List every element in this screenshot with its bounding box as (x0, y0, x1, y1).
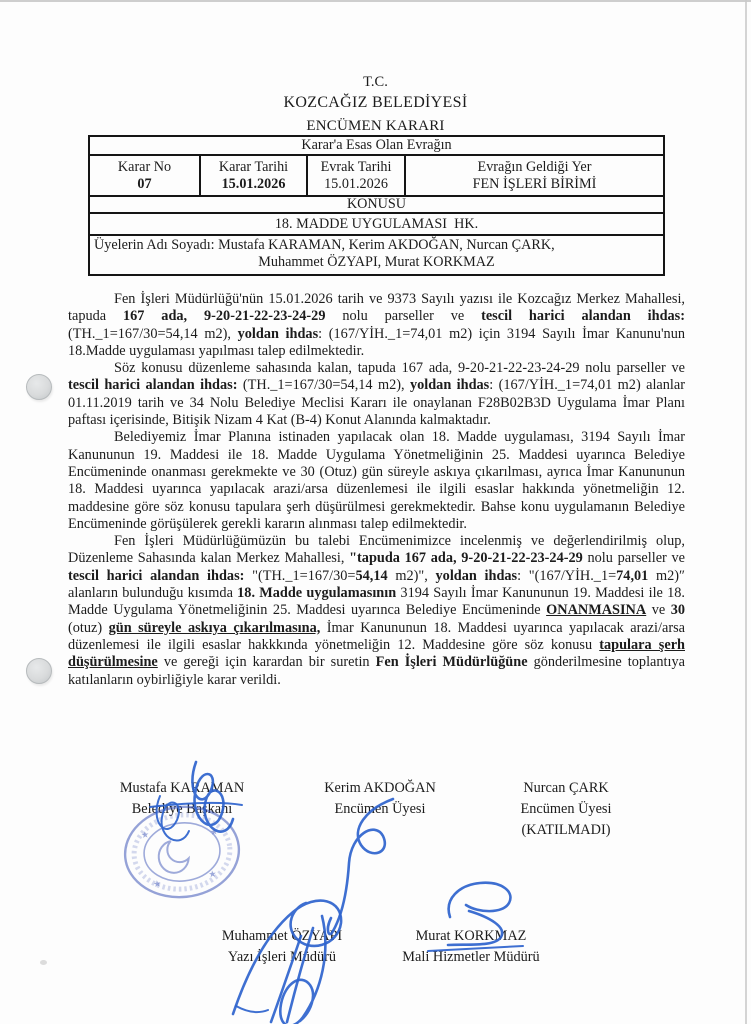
scanned-council-decision-page: T.C. KOZCAĞIZ BELEDİYESİ ENCÜMEN KARARI … (0, 0, 751, 1024)
body-paragraph: Fen İşleri Müdürlüğü'nün 15.01.2026 tari… (68, 291, 685, 360)
karar-tarihi-value: 15.01.2026 (201, 176, 306, 192)
evrak-tarihi-label: Evrak Tarihi (308, 159, 404, 175)
text-run: "tapuda 167 ada, 9-20-21-22-23-24-29 (349, 550, 583, 566)
signer-name: Mustafa KARAMAN (92, 778, 272, 799)
hole-punch-top (26, 374, 52, 400)
letterhead: T.C. KOZCAĞIZ BELEDİYESİ ENCÜMEN KARARI (0, 74, 751, 135)
text-run: (otuz) (68, 620, 109, 636)
text-run: : "(167/YİH._1= (517, 568, 616, 584)
page-edge-shadow-right (745, 0, 747, 1024)
signature-block-cark: Nurcan ÇARK Encümen Üyesi (KATILMADI) (478, 778, 654, 841)
text-run: gün süreyle askıya çıkarılmasına, (109, 620, 321, 636)
text-run: 30 (671, 602, 685, 618)
text-run: "(TH._1=167/30= (244, 568, 355, 584)
signer-name: Muhammet ÖZYAPI (192, 926, 372, 947)
text-run: (TH._1=167/30=54,14 m2), (237, 377, 409, 393)
text-run: ONANMASINA (546, 602, 646, 618)
signature-block-ozyapi: Muhammet ÖZYAPI Yazı İşleri Müdürü (192, 926, 372, 968)
decision-body: Fen İşleri Müdürlüğü'nün 15.01.2026 tari… (68, 291, 685, 689)
text-run: 167 ada, 9-20-21-22-23-24-29 (123, 308, 326, 324)
signer-title: Yazı İşleri Müdürü (192, 947, 372, 968)
signer-name: Murat KORKMAZ (378, 926, 564, 947)
stamp-star-icon: ★ (141, 830, 150, 841)
members-row: Üyelerin Adı Soyadı: Mustafa KARAMAN, Ke… (90, 236, 663, 274)
text-run: tescil harici alandan ihdas: (481, 308, 685, 324)
cell-karar-tarihi: Karar Tarihi 15.01.2026 (199, 156, 306, 195)
signature-block-karaman: Mustafa KARAMAN Belediye Başkanı (92, 778, 272, 820)
text-run: tescil harici alandan ihdas: (68, 377, 237, 393)
signer-name: Nurcan ÇARK (478, 778, 654, 799)
text-run: nolu parseller ve (583, 550, 685, 566)
table-header-row: Karar No 07 Karar Tarihi 15.01.2026 Evra… (90, 156, 663, 197)
signer-title: Encümen Üyesi (292, 799, 468, 820)
text-run: 54,14 (356, 568, 388, 584)
text-run: Söz konusu düzenleme sahasında kalan, ta… (114, 360, 685, 376)
signer-name: Kerim AKDOĞAN (292, 778, 468, 799)
text-run: ve gereği için karardan bir suretin (158, 654, 376, 670)
body-paragraph: Belediyemiz İmar Planına istinaden yapıl… (68, 429, 685, 533)
stamp-star-icon: ★ (210, 827, 219, 838)
scan-speck (40, 960, 47, 965)
letterhead-municipality: KOZCAĞIZ BELEDİYESİ (0, 93, 751, 112)
body-paragraph: Fen İşleri Müdürlüğümüzün bu talebi Encü… (68, 533, 685, 689)
cell-karar-no: Karar No 07 (90, 156, 199, 195)
cell-evragin-geldigi-yer: Evrağın Geldiği Yer FEN İŞLERİ BİRİMİ (404, 156, 663, 195)
stamp-star-icon: ★ (153, 879, 162, 890)
stamp-star-icon: ★ (208, 870, 217, 881)
signature-block-akdogan: Kerim AKDOĞAN Encümen Üyesi (292, 778, 468, 820)
signature-block-korkmaz: Murat KORKMAZ Mali Hizmetler Müdürü (378, 926, 564, 968)
signer-title: Mali Hizmetler Müdürü (378, 947, 564, 968)
text-run: nolu parseller ve (325, 308, 481, 324)
body-paragraph: Söz konusu düzenleme sahasında kalan, ta… (68, 360, 685, 429)
letterhead-tc: T.C. (0, 74, 751, 91)
konusu-label: KONUSU (90, 197, 663, 214)
karar-tarihi-label: Karar Tarihi (201, 159, 306, 175)
text-run: yoldan ihdas (238, 326, 319, 342)
text-run: (TH._1=167/30=54,14 m2), (68, 326, 238, 342)
text-run: yoldan ihdas (436, 568, 518, 584)
signer-note: (KATILMADI) (478, 820, 654, 841)
evrak-tarihi-value: 15.01.2026 (308, 176, 404, 192)
text-run: m2)", (388, 568, 436, 584)
decision-header-table: Karar'a Esas Olan Evrağın Karar No 07 Ka… (88, 135, 665, 276)
signer-title: Belediye Başkanı (92, 799, 272, 820)
text-run: ve (646, 602, 670, 618)
text-run: tescil harici alandan ihdas: (68, 568, 244, 584)
hole-punch-bottom (26, 658, 52, 684)
text-run: yoldan ihdas (410, 377, 489, 393)
signer-title: Encümen Üyesi (478, 799, 654, 820)
evragin-geldigi-yer-value: FEN İŞLERİ BİRİMİ (406, 176, 663, 192)
karar-no-label: Karar No (90, 159, 199, 175)
evragin-geldigi-yer-label: Evrağın Geldiği Yer (406, 159, 663, 175)
table-caption: Karar'a Esas Olan Evrağın (90, 137, 663, 156)
letterhead-doc-type: ENCÜMEN KARARI (0, 117, 751, 135)
members-line-2: Muhammet ÖZYAPI, Murat KORKMAZ (94, 254, 659, 271)
cell-evrak-tarihi: Evrak Tarihi 15.01.2026 (306, 156, 404, 195)
page-edge-shadow-top (0, 0, 751, 2)
text-run: 74,01 (616, 568, 648, 584)
karar-no-value: 07 (90, 176, 199, 192)
konusu-value: 18. MADDE UYGULAMASI HK. (90, 214, 663, 236)
text-run: 18. Madde uygulamasının (237, 585, 396, 601)
text-run: Fen İşleri Müdürlüğüne (376, 654, 528, 670)
members-line-1: Üyelerin Adı Soyadı: Mustafa KARAMAN, Ke… (94, 237, 659, 254)
text-run: Belediyemiz İmar Planına istinaden yapıl… (68, 429, 685, 531)
